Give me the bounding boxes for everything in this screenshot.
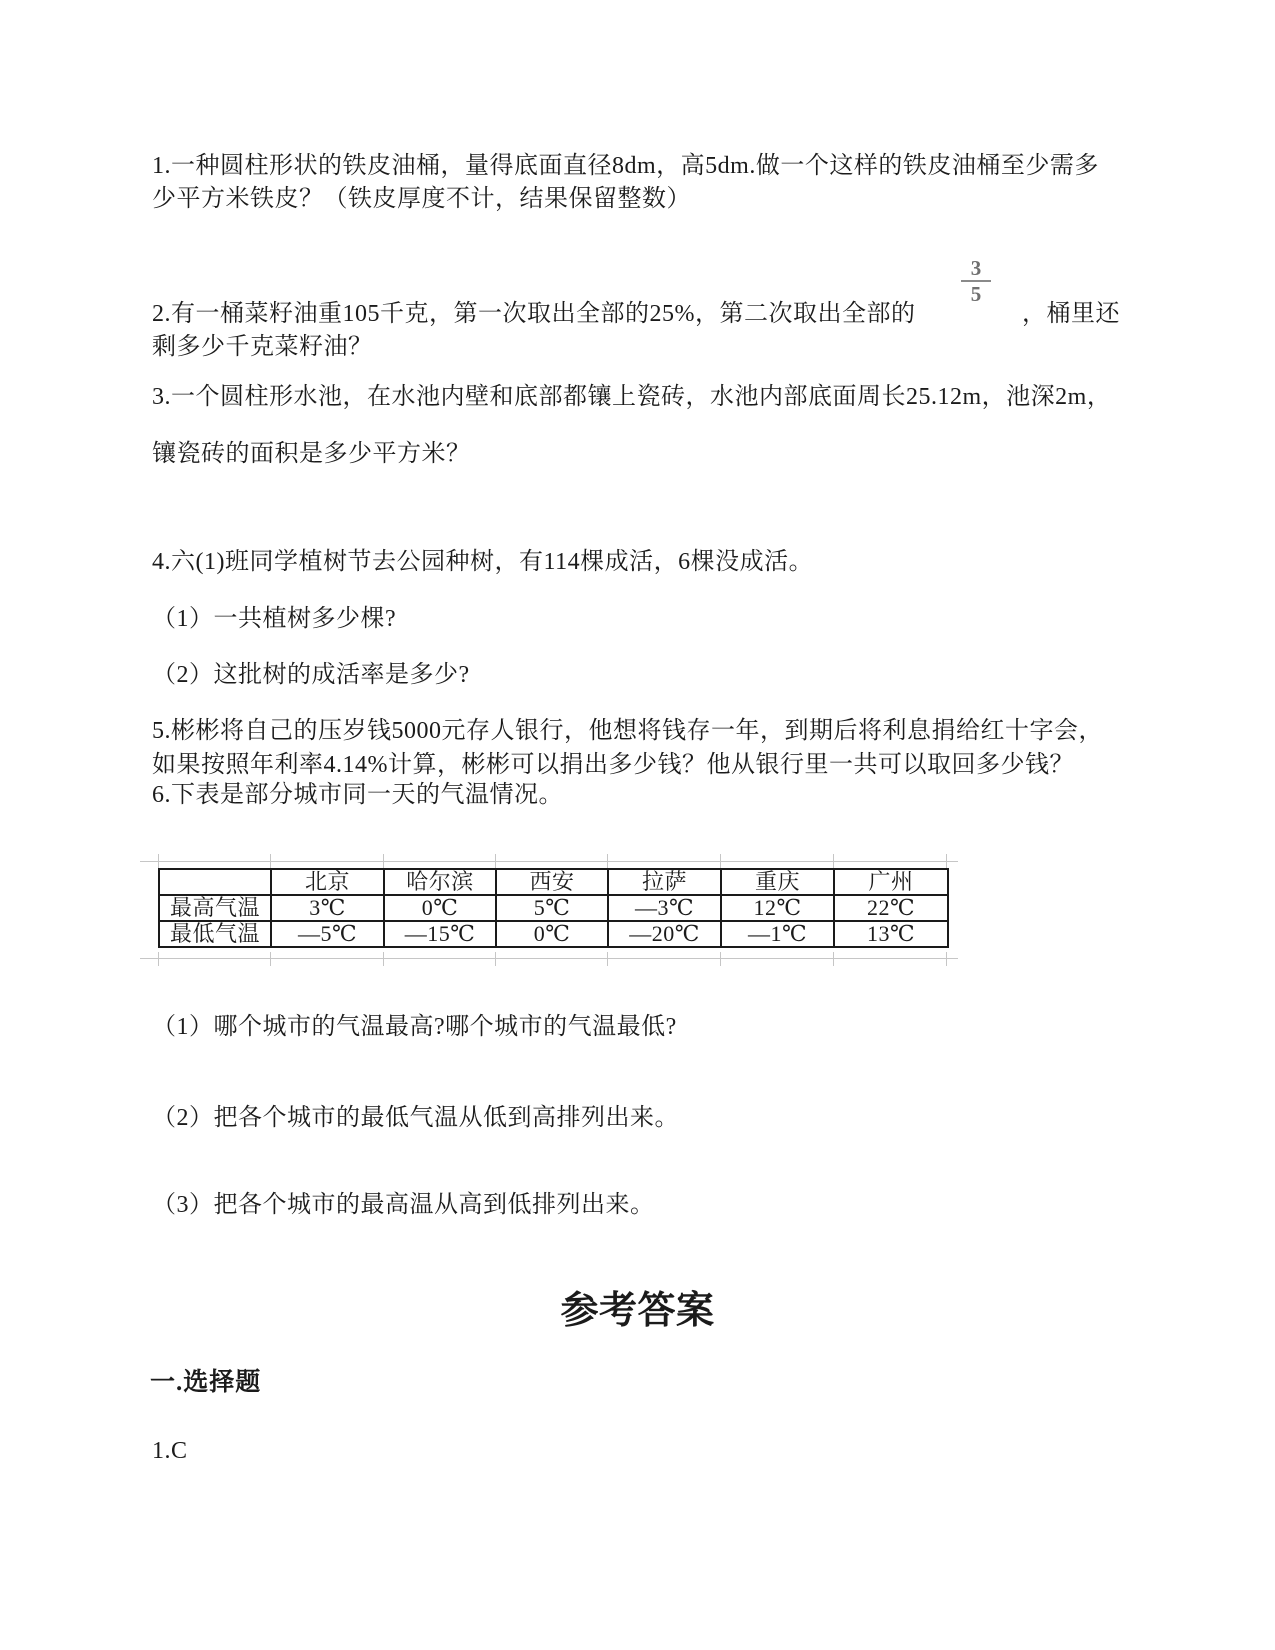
table-cell: —3℃ bbox=[608, 895, 721, 921]
fraction-numerator: 3 bbox=[961, 256, 991, 282]
table-header-cell: 广州 bbox=[834, 869, 948, 895]
table-header-cell: 哈尔滨 bbox=[384, 869, 496, 895]
table-row-max-temp: 最高气温 3℃ 0℃ 5℃ —3℃ 12℃ 22℃ bbox=[159, 895, 948, 921]
ghost-gridline-stub bbox=[270, 952, 271, 966]
ghost-gridline-stub bbox=[158, 854, 159, 868]
worksheet-page: 1.一种圆柱形状的铁皮油桶，量得底面直径8dm，高5dm.做一个这样的铁皮油桶至… bbox=[0, 0, 1275, 1650]
table-question-2: （2）把各个城市的最低气温从低到高排列出来。 bbox=[152, 1105, 679, 1131]
table-cell: —5℃ bbox=[271, 921, 384, 947]
table-question-1: （1）哪个城市的气温最高?哪个城市的气温最低? bbox=[152, 1014, 677, 1040]
problem-5-line-2: 如果按照年利率4.14%计算，彬彬可以捐出多少钱？他从银行里一共可以取回多少钱？ bbox=[152, 752, 1074, 778]
ghost-gridline-stub bbox=[833, 854, 834, 868]
table-cell: —1℃ bbox=[721, 921, 834, 947]
problem-4-line-1: 4.六(1)班同学植树节去公园种树，有114棵成活，6棵没成活。 bbox=[152, 549, 813, 575]
table-corner-cell bbox=[159, 869, 271, 895]
ghost-gridline-stub bbox=[720, 854, 721, 868]
answers-section-1-heading: 一.选择题 bbox=[150, 1370, 261, 1396]
ghost-gridline-stub bbox=[607, 952, 608, 966]
problem-2-line-1-before-fraction: 2.有一桶菜籽油重105千克，第一次取出全部的25%，第二次取出全部的 bbox=[152, 301, 916, 327]
table-header-cell: 拉萨 bbox=[608, 869, 721, 895]
table-question-3: （3）把各个城市的最高温从高到低排列出来。 bbox=[152, 1192, 655, 1218]
ghost-gridline-top bbox=[140, 861, 958, 862]
problem-1-line-2: 少平方米铁皮？（铁皮厚度不计，结果保留整数） bbox=[152, 186, 691, 212]
table-cell: 13℃ bbox=[834, 921, 948, 947]
problem-6-line-1: 6.下表是部分城市同一天的气温情况。 bbox=[152, 782, 563, 808]
table-row-label: 最高气温 bbox=[159, 895, 271, 921]
table-row-label: 最低气温 bbox=[159, 921, 271, 947]
problem-5-line-1: 5.彬彬将自己的压岁钱5000元存人银行，他想将钱存一年，到期后将利息捐给红十字… bbox=[152, 718, 1103, 744]
answers-title: 参考答案 bbox=[0, 1290, 1275, 1332]
answer-1: 1.C bbox=[152, 1438, 188, 1464]
table-header-row: 北京 哈尔滨 西安 拉萨 重庆 广州 bbox=[159, 869, 948, 895]
problem-3-line-2: 镶瓷砖的面积是多少平方米？ bbox=[152, 441, 471, 467]
fraction-denominator: 5 bbox=[961, 282, 991, 306]
table-cell: —20℃ bbox=[608, 921, 721, 947]
problem-2-line-2: 剩多少千克菜籽油？ bbox=[152, 334, 373, 360]
table-cell: —15℃ bbox=[384, 921, 496, 947]
table-cell: 0℃ bbox=[384, 895, 496, 921]
ghost-gridline-bottom bbox=[140, 958, 958, 959]
table-cell: 0℃ bbox=[496, 921, 608, 947]
table-cell: 3℃ bbox=[271, 895, 384, 921]
ghost-gridline-stub bbox=[495, 854, 496, 868]
ghost-gridline-stub bbox=[946, 952, 947, 966]
fraction-three-fifths: 3 5 bbox=[961, 256, 991, 306]
table-row-min-temp: 最低气温 —5℃ —15℃ 0℃ —20℃ —1℃ 13℃ bbox=[159, 921, 948, 947]
table-header-cell: 西安 bbox=[496, 869, 608, 895]
table-cell: 5℃ bbox=[496, 895, 608, 921]
table-header-cell: 重庆 bbox=[721, 869, 834, 895]
ghost-gridline-stub bbox=[607, 854, 608, 868]
ghost-gridline-stub bbox=[158, 952, 159, 966]
problem-4-question-1: （1）一共植树多少棵? bbox=[152, 606, 396, 632]
problem-1-line-1: 1.一种圆柱形状的铁皮油桶，量得底面直径8dm，高5dm.做一个这样的铁皮油桶至… bbox=[152, 153, 1099, 179]
problem-3-line-1: 3.一个圆柱形水池，在水池内壁和底部都镶上瓷砖，水池内部底面周长25.12m，池… bbox=[152, 384, 1111, 410]
table-cell: 22℃ bbox=[834, 895, 948, 921]
ghost-gridline-stub bbox=[270, 854, 271, 868]
ghost-gridline-stub bbox=[383, 854, 384, 868]
problem-4-question-2: （2）这批树的成活率是多少? bbox=[152, 662, 470, 688]
ghost-gridline-stub bbox=[833, 952, 834, 966]
ghost-gridline-stub bbox=[383, 952, 384, 966]
ghost-gridline-stub bbox=[946, 854, 947, 868]
ghost-gridline-stub bbox=[495, 952, 496, 966]
table-cell: 12℃ bbox=[721, 895, 834, 921]
ghost-gridline-stub bbox=[720, 952, 721, 966]
problem-2-line-1-after-fraction: ，桶里还 bbox=[1022, 301, 1120, 327]
table-header-cell: 北京 bbox=[271, 869, 384, 895]
temperature-table: 北京 哈尔滨 西安 拉萨 重庆 广州 最高气温 3℃ 0℃ 5℃ —3℃ 12℃… bbox=[158, 868, 949, 948]
